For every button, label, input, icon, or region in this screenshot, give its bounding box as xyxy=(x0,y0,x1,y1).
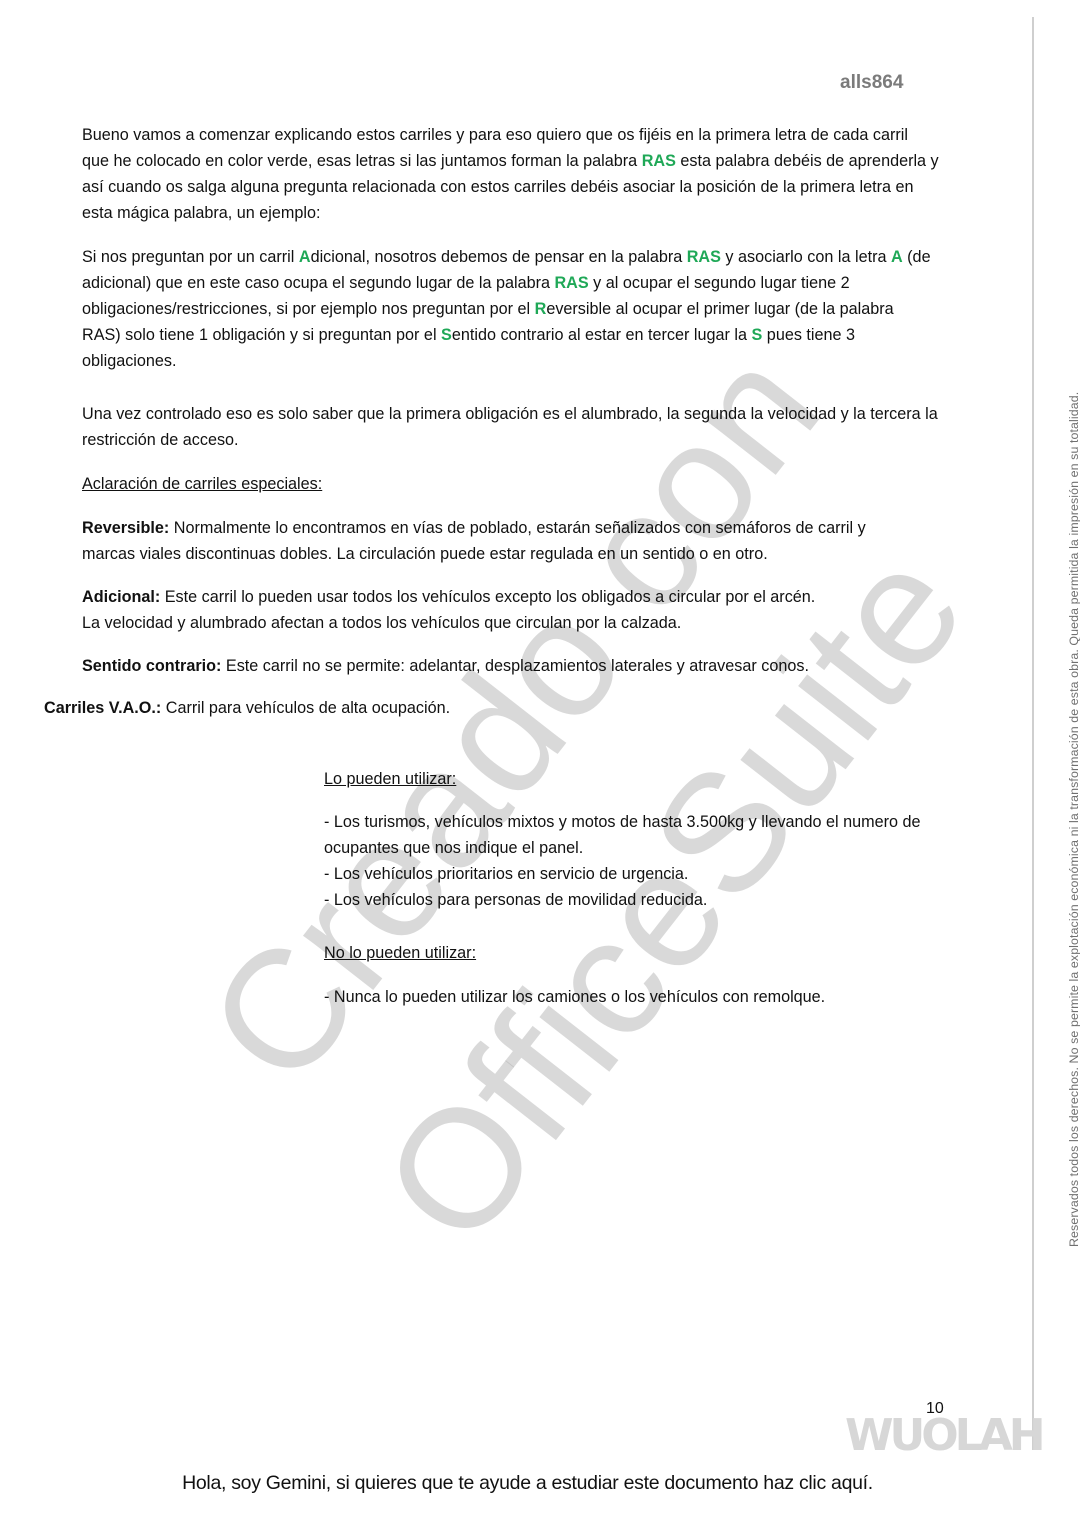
definition-line: Adicional: Este carril lo pueden usar to… xyxy=(82,584,815,610)
text: entido contrario al estar en tercer luga… xyxy=(452,326,752,344)
gemini-study-cta-link[interactable]: Hola, soy Gemini, si quieres que te ayud… xyxy=(0,1472,1055,1495)
letter-r-highlight: R xyxy=(535,300,547,318)
example-line: adicional) que en este caso ocupa el seg… xyxy=(82,270,931,296)
summary-line: Una vez controlado eso es solo saber que… xyxy=(82,401,938,427)
letter-a-highlight: A xyxy=(299,248,311,266)
allowed-heading: Lo pueden utilizar: xyxy=(324,766,456,792)
example-line: obligaciones/restricciones, si por ejemp… xyxy=(82,296,931,322)
author-username: alls864 xyxy=(840,72,903,94)
definition-line: marcas viales discontinuas dobles. La ci… xyxy=(82,541,866,567)
letter-a-highlight: A xyxy=(891,248,903,266)
term-sentido-contrario: Sentido contrario: xyxy=(82,657,221,675)
text: pues tiene 3 xyxy=(762,326,855,344)
intro-paragraph: Bueno vamos a comenzar explicando estos … xyxy=(82,122,939,226)
text: que he colocado en color verde, esas let… xyxy=(82,152,642,170)
term-adicional: Adicional: xyxy=(82,588,160,606)
list-item: - Nunca lo pueden utilizar los camiones … xyxy=(324,984,825,1010)
term-reversible: Reversible: xyxy=(82,519,169,537)
intro-line: Bueno vamos a comenzar explicando estos … xyxy=(82,122,939,148)
text: RAS) solo tiene 1 obligación y si pregun… xyxy=(82,326,441,344)
wuolah-logo: WUOLAH xyxy=(845,1410,1042,1461)
text: (de xyxy=(903,248,931,266)
text: Normalmente lo encontramos en vías de po… xyxy=(169,519,865,537)
definition-reversible: Reversible: Normalmente lo encontramos e… xyxy=(82,515,866,567)
list-item: - Los vehículos para personas de movilid… xyxy=(324,887,921,913)
text: Este carril no se permite: adelantar, de… xyxy=(221,657,809,675)
definition-line: Sentido contrario: Este carril no se per… xyxy=(82,653,809,679)
ras-highlight: RAS xyxy=(642,152,676,170)
summary-line: restricción de acceso. xyxy=(82,427,938,453)
denied-list: - Nunca lo pueden utilizar los camiones … xyxy=(324,984,825,1010)
term-vao: Carriles V.A.O.: xyxy=(44,699,161,717)
intro-line: esta mágica palabra, un ejemplo: xyxy=(82,200,939,226)
ras-highlight: RAS xyxy=(554,274,588,292)
special-lanes-heading: Aclaración de carriles especiales: xyxy=(82,471,322,497)
example-line: obligaciones. xyxy=(82,348,931,374)
margin-divider xyxy=(1032,17,1034,1450)
letter-s-highlight: S xyxy=(441,326,452,344)
copyright-notice: Reservados todos los derechos. No se per… xyxy=(1067,392,1080,1247)
text: y al ocupar el segundo lugar tiene 2 xyxy=(589,274,850,292)
definition-line: La velocidad y alumbrado afectan a todos… xyxy=(82,610,815,636)
summary-paragraph: Una vez controlado eso es solo saber que… xyxy=(82,401,938,453)
example-line: RAS) solo tiene 1 obligación y si pregun… xyxy=(82,322,931,348)
text: Carril para vehículos de alta ocupación. xyxy=(161,699,450,717)
allowed-list: - Los turismos, vehículos mixtos y motos… xyxy=(324,809,921,913)
definition-vao: Carriles V.A.O.: Carril para vehículos d… xyxy=(44,695,450,721)
example-line: Si nos preguntan por un carril Adicional… xyxy=(82,244,931,270)
letter-s-highlight: S xyxy=(752,326,763,344)
definition-sentido-contrario: Sentido contrario: Este carril no se per… xyxy=(82,653,809,679)
text: obligaciones/restricciones, si por ejemp… xyxy=(82,300,535,318)
definition-line: Reversible: Normalmente lo encontramos e… xyxy=(82,515,866,541)
text: Si nos preguntan por un carril xyxy=(82,248,299,266)
list-item: - Los turismos, vehículos mixtos y motos… xyxy=(324,809,921,835)
text: dicional, nosotros debemos de pensar en … xyxy=(311,248,687,266)
definition-line: Carriles V.A.O.: Carril para vehículos d… xyxy=(44,695,450,721)
text: eversible al ocupar el primer lugar (de … xyxy=(546,300,893,318)
text: y asociarlo con la letra xyxy=(721,248,891,266)
example-paragraph: Si nos preguntan por un carril Adicional… xyxy=(82,244,931,374)
text: Este carril lo pueden usar todos los veh… xyxy=(160,588,815,606)
text: esta palabra debéis de aprenderla y xyxy=(676,152,939,170)
text: adicional) que en este caso ocupa el seg… xyxy=(82,274,554,292)
list-item: ocupantes que nos indique el panel. xyxy=(324,835,921,861)
definition-adicional: Adicional: Este carril lo pueden usar to… xyxy=(82,584,815,636)
intro-line: que he colocado en color verde, esas let… xyxy=(82,148,939,174)
list-item: - Los vehículos prioritarios en servicio… xyxy=(324,861,921,887)
denied-heading: No lo pueden utilizar: xyxy=(324,940,476,966)
ras-highlight: RAS xyxy=(687,248,721,266)
intro-line: así cuando os salga alguna pregunta rela… xyxy=(82,174,939,200)
